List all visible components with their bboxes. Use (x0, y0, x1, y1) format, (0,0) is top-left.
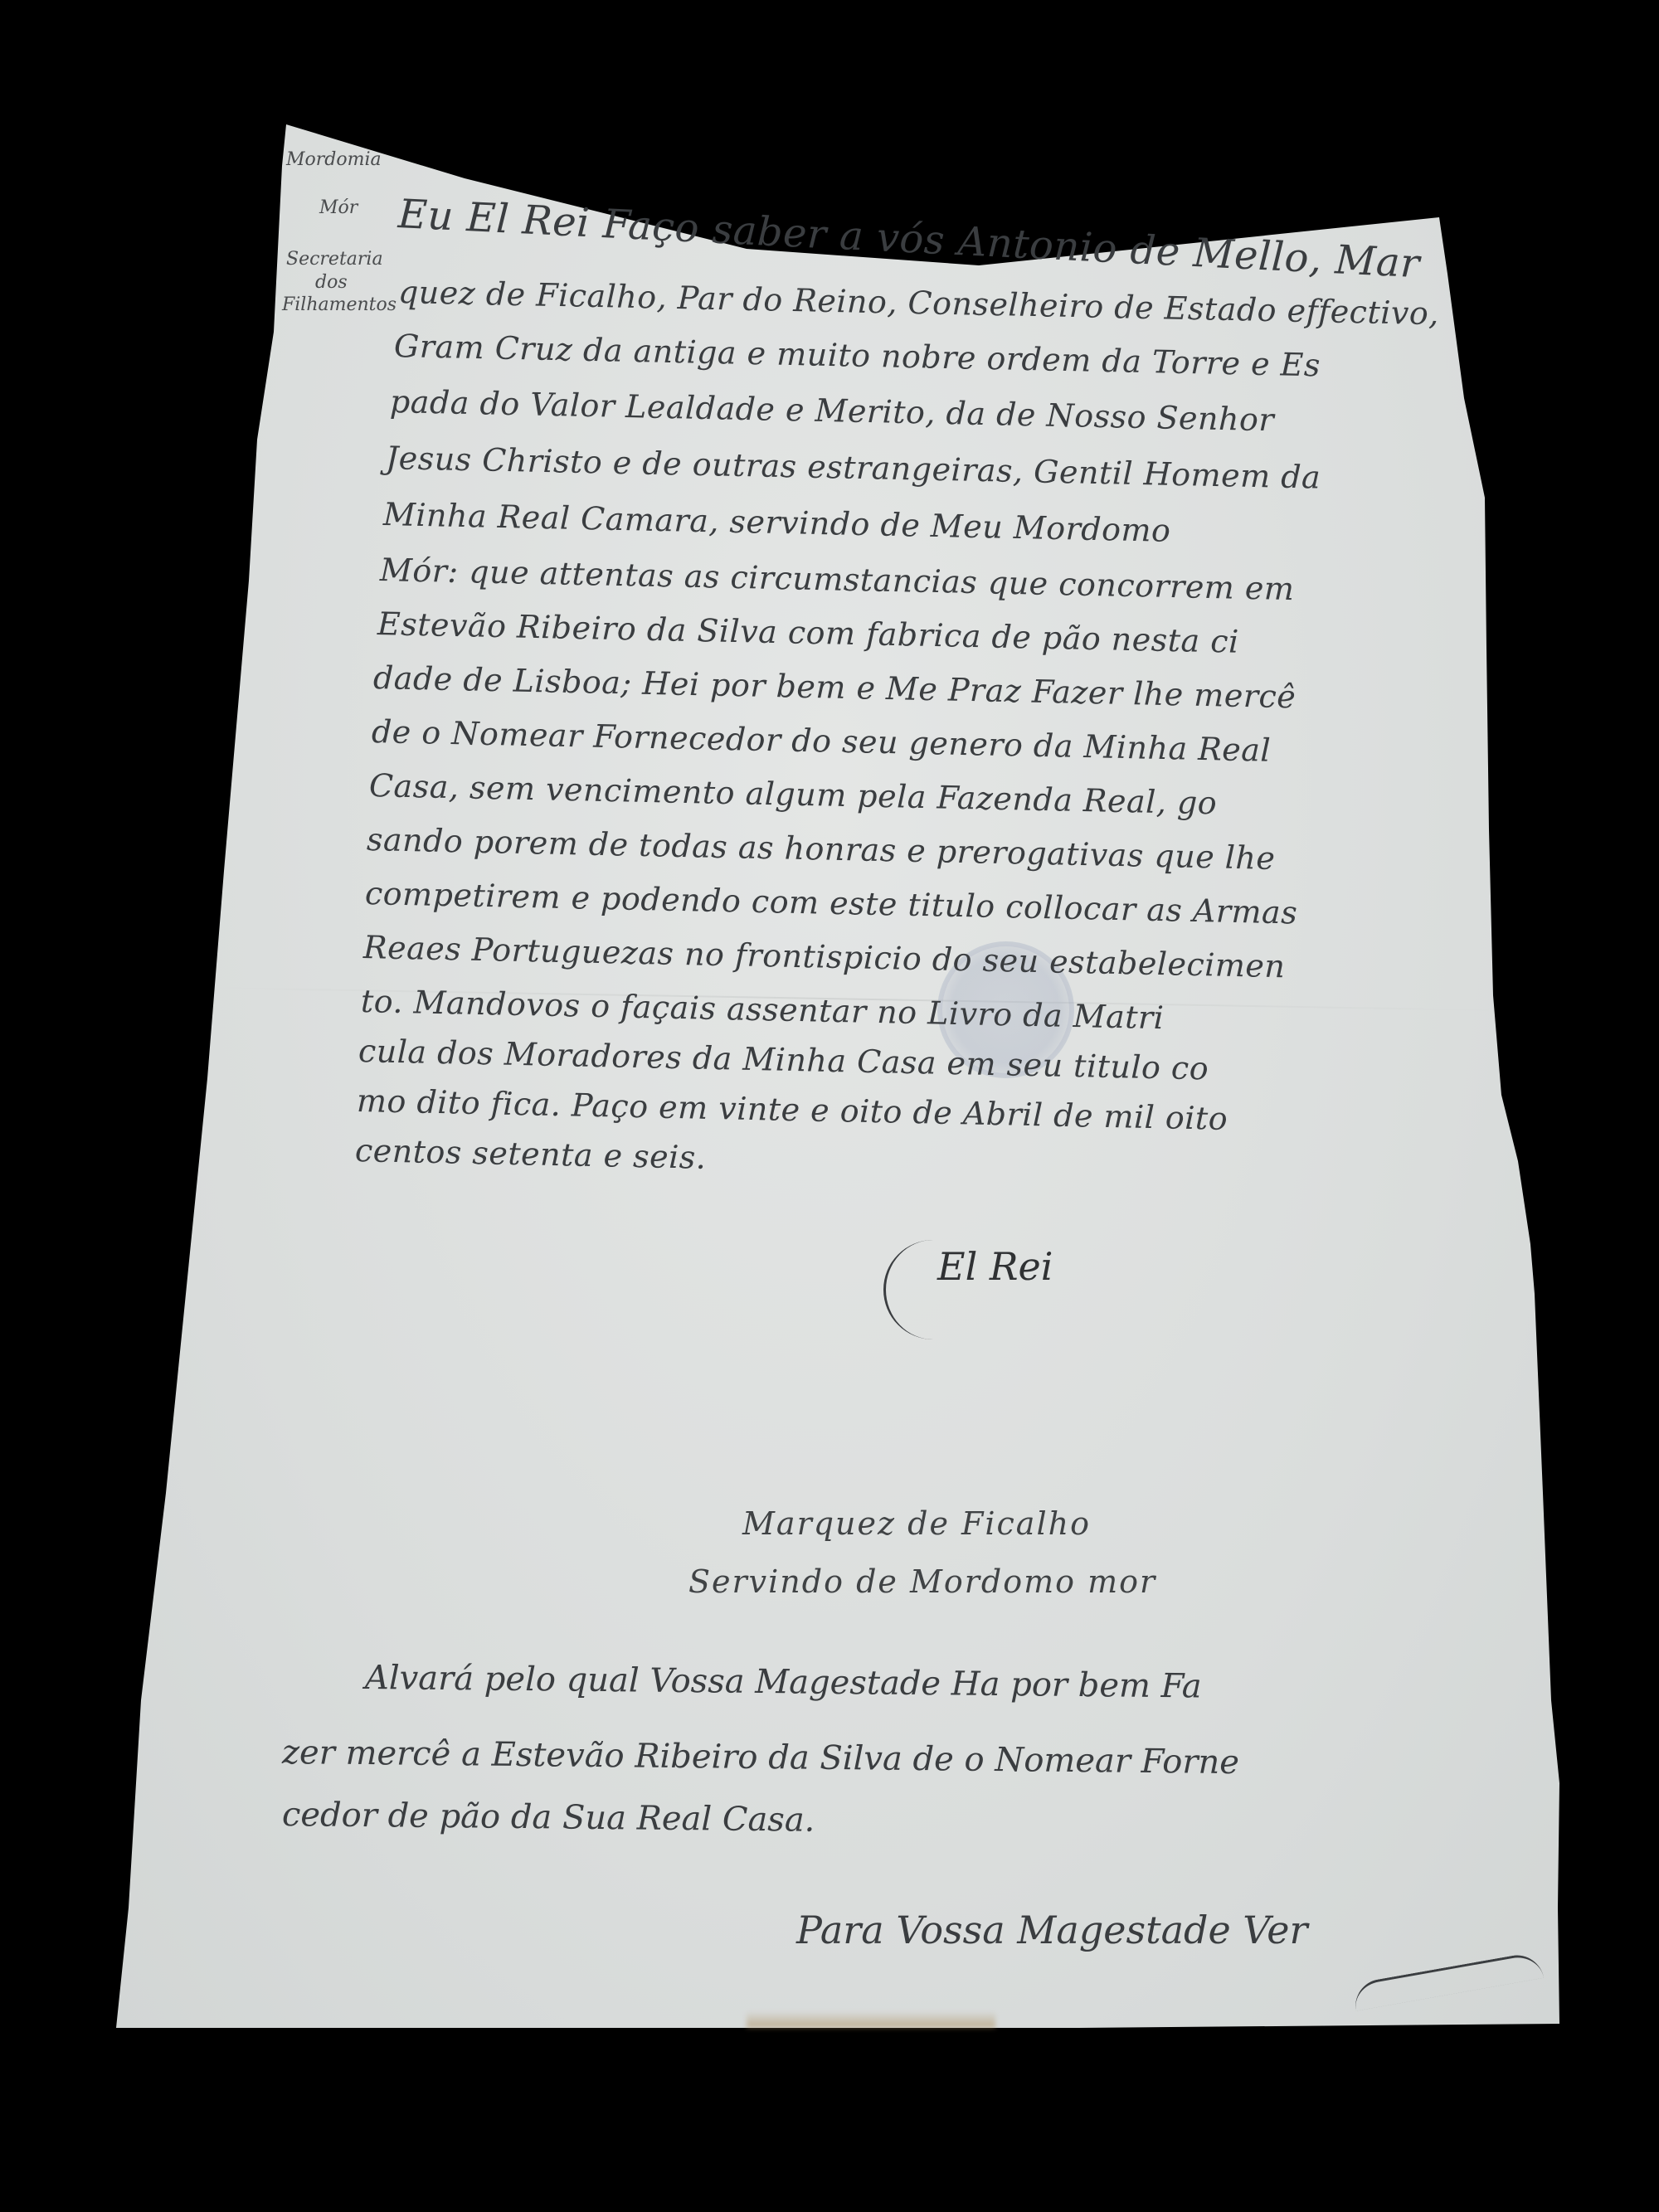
royal-signature: El Rei (937, 1244, 1053, 1289)
closing-line: Para Vossa Magestade Ver (796, 1908, 1308, 1952)
margin-note: Mór (319, 197, 358, 218)
countersignature-name: Marquez de Ficalho (742, 1505, 1091, 1542)
summary-line: cedor de pão da Sua Real Casa. (282, 1796, 815, 1840)
margin-note: Mordomia (286, 149, 382, 170)
margin-note: Secretaria (286, 249, 383, 270)
margin-note: Filhamentos (282, 294, 397, 315)
document-photo: Mordomia Mór Secretaria dos Filhamentos … (0, 0, 1659, 2212)
margin-note: dos (315, 272, 348, 293)
body-line: centos setenta e seis. (355, 1132, 707, 1176)
countersignature-title: Servindo de Mordomo mor (688, 1563, 1156, 1600)
edge-stain (747, 2011, 995, 2028)
